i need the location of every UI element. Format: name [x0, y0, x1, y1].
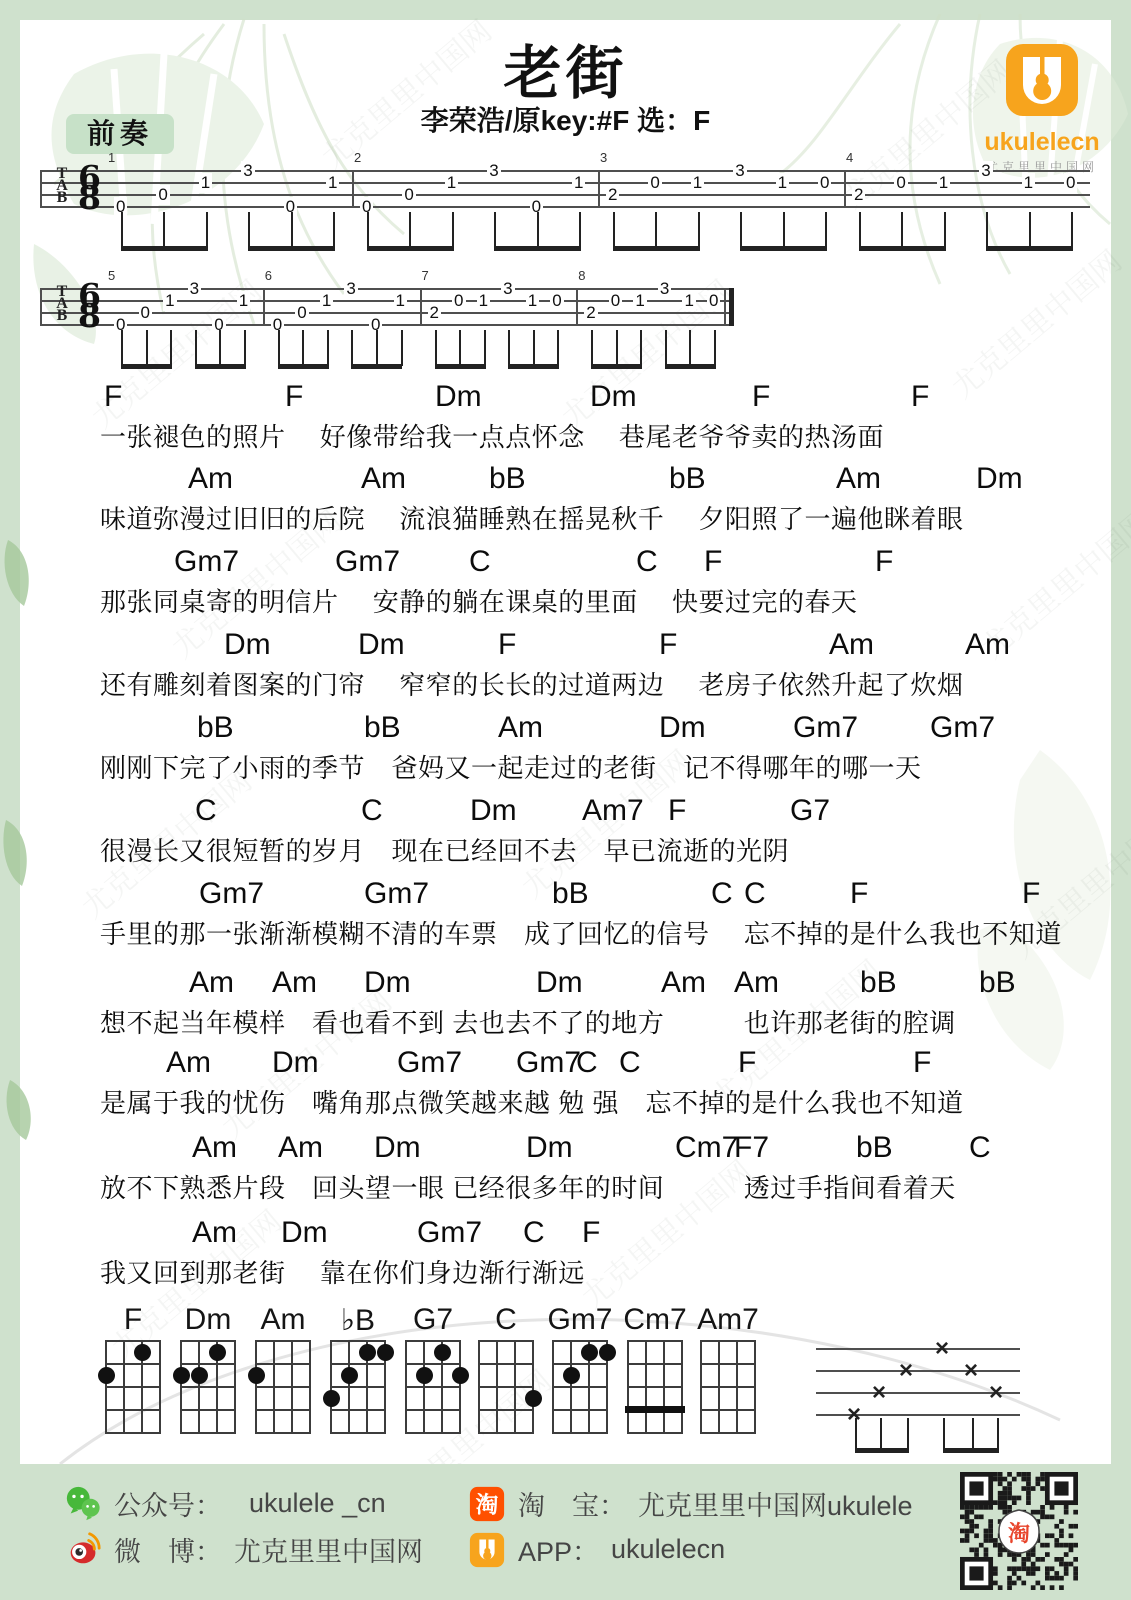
chord-label-C: C	[195, 794, 217, 828]
tab-note-fret: 3	[487, 161, 500, 181]
tab-note-fret: 1	[163, 291, 176, 311]
strum-x-mark: ×	[847, 1403, 861, 1427]
note-stem	[459, 330, 461, 366]
chord-label-F: F	[850, 877, 868, 911]
diagram-fret-line	[330, 1409, 386, 1411]
strum-stem	[972, 1418, 974, 1450]
diagram-fret-line	[255, 1340, 311, 1342]
diagram-fret-line	[105, 1432, 161, 1434]
tab-note-fret: 1	[572, 173, 585, 193]
chord-label-bB: bB	[364, 711, 401, 745]
app-icon	[468, 1531, 506, 1569]
chord-label-F: F	[911, 380, 929, 414]
note-stem	[901, 212, 903, 248]
note-stem	[537, 212, 539, 248]
diagram-fret-line	[330, 1340, 386, 1342]
tab-note-fret: 0	[609, 291, 622, 311]
diagram-fret-line	[627, 1363, 683, 1365]
site-logo[interactable]: ukulelecn 尤克里里中国网	[952, 42, 1131, 175]
barre-bar	[625, 1406, 685, 1413]
strum-x-mark: ×	[964, 1359, 978, 1383]
diagram-fret-line	[627, 1432, 683, 1434]
chord-label-Gm7: Gm7	[793, 711, 858, 745]
tab-note-fret: 1	[326, 173, 339, 193]
chord-label-Dm: Dm	[526, 1131, 573, 1165]
note-stem	[484, 330, 486, 366]
chord-label-Am7: Am7	[582, 794, 644, 828]
note-stem	[591, 330, 593, 366]
footer-weibo-value: 尤克里里中国网	[234, 1530, 423, 1569]
strum-stem	[855, 1418, 857, 1450]
strum-stem	[997, 1418, 999, 1450]
diagram-fret-line	[405, 1409, 461, 1411]
beam	[278, 364, 329, 369]
chord-diagram-label-Am: Am	[243, 1303, 323, 1337]
chord-label-F: F	[913, 1046, 931, 1080]
chord-label-Am: Am	[498, 711, 543, 745]
lyric-line: 一张褪色的照片 好像带给我一点点怀念 巷尾老爷爷卖的热汤面	[100, 417, 884, 454]
diagram-fret-line	[700, 1432, 756, 1434]
tab-note-fret: 1	[682, 291, 695, 311]
taobao-icon: 淘	[468, 1485, 506, 1523]
note-stem	[367, 212, 369, 248]
chord-label-Dm: Dm	[272, 1046, 319, 1080]
staff-start-bar	[40, 170, 42, 208]
diagram-fret-line	[700, 1409, 756, 1411]
staff-line	[40, 288, 733, 290]
beam	[121, 246, 208, 251]
measure-number: 5	[108, 268, 115, 283]
chord-label-F: F	[1022, 877, 1040, 911]
finger-dot	[434, 1344, 451, 1361]
note-stem	[494, 212, 496, 248]
beam	[859, 246, 946, 251]
diagram-fret-line	[180, 1409, 236, 1411]
lyric-line: 那张同桌寄的明信片 安静的躺在课桌的里面 快要过完的春天	[100, 582, 857, 619]
chord-label-Am: Am	[361, 462, 406, 496]
chord-label-Am: Am	[272, 966, 317, 1000]
chord-label-Dm: Dm	[470, 794, 517, 828]
tab-note-fret: 0	[452, 291, 465, 311]
note-stem	[640, 330, 642, 366]
chord-label-C: C	[361, 794, 383, 828]
finger-dot	[191, 1367, 208, 1384]
wechat-icon	[64, 1485, 102, 1523]
chord-label-F: F	[104, 380, 122, 414]
chord-diagram-label-C: C	[466, 1303, 546, 1337]
measure-number: 2	[354, 150, 361, 165]
note-stem	[533, 330, 535, 366]
finger-dot	[581, 1344, 598, 1361]
chord-label-F: F	[285, 380, 303, 414]
tab-note-fret: 1	[394, 291, 407, 311]
chord-diagram-label-G7: G7	[393, 1303, 473, 1337]
diagram-fret-line	[627, 1386, 683, 1388]
footer-weibo[interactable]: 微 博：尤克里里中国网	[64, 1530, 423, 1569]
strum-stem	[907, 1418, 909, 1450]
chord-label-bB: bB	[856, 1131, 893, 1165]
final-barline-thin	[724, 288, 726, 326]
note-stem	[163, 212, 165, 248]
chord-label-Dm: Dm	[224, 628, 271, 662]
chord-label-Am: Am	[965, 628, 1010, 662]
diagram-fret-line	[255, 1432, 311, 1434]
chord-label-F: F	[498, 628, 516, 662]
note-stem	[579, 212, 581, 248]
note-stem	[333, 212, 335, 248]
note-stem	[714, 330, 716, 366]
finger-dot	[525, 1390, 542, 1407]
measure-number: 4	[846, 150, 853, 165]
diagram-fret-line	[478, 1432, 534, 1434]
diagram-fret-line	[552, 1432, 608, 1434]
beam	[248, 246, 335, 251]
finger-dot	[359, 1344, 376, 1361]
strum-beam	[943, 1448, 999, 1453]
chord-label-Am: Am	[192, 1216, 237, 1250]
chord-label-Gm7: Gm7	[417, 1216, 482, 1250]
lyric-line: 是属于我的忧伤 嘴角那点微笑越来越 勉 强 忘不掉的是什么我也不知道	[100, 1083, 963, 1120]
diagram-fret-line	[478, 1386, 534, 1388]
chord-label-C: C	[744, 877, 766, 911]
lyric-line: 放不下熟悉片段 回头望一眼 已经很多年的时间 透过手指间看着天	[100, 1168, 956, 1205]
chord-label-Dm: Dm	[281, 1216, 328, 1250]
tab-note-fret: 0	[818, 173, 831, 193]
note-stem	[302, 330, 304, 366]
note-stem	[944, 212, 946, 248]
chord-label-G7: G7	[790, 794, 830, 828]
chord-label-bB: bB	[552, 877, 589, 911]
chord-label-F7: F7	[734, 1131, 769, 1165]
note-stem	[278, 330, 280, 366]
note-stem	[401, 330, 403, 366]
strum-string-line	[816, 1348, 1020, 1350]
staff-line	[40, 194, 1090, 196]
note-stem	[206, 212, 208, 248]
note-stem	[557, 330, 559, 366]
footer-taobao-label: 淘 宝：	[518, 1484, 626, 1523]
diagram-fret-line	[405, 1340, 461, 1342]
chord-label-C: C	[619, 1046, 641, 1080]
strum-x-mark: ×	[899, 1359, 913, 1383]
diagram-fret-line	[552, 1340, 608, 1342]
chord-label-Gm7: Gm7	[364, 877, 429, 911]
final-barline-thick	[729, 288, 734, 326]
measure-number: 3	[600, 150, 607, 165]
chord-label-Cm7: Cm7	[675, 1131, 738, 1165]
footer-bar: 公众号： ukulele _cn 微 博：尤克里里中国网 淘 淘 宝：尤克里里中…	[0, 1464, 1131, 1600]
footer-app-value: ukulelecn	[611, 1534, 725, 1565]
beam	[613, 246, 700, 251]
diagram-fret-line	[105, 1363, 161, 1365]
note-stem	[613, 212, 615, 248]
chord-diagram-label-Cm7: Cm7	[615, 1303, 695, 1337]
tab-note-fret: 2	[852, 185, 865, 205]
note-stem	[327, 330, 329, 366]
note-stem	[655, 212, 657, 248]
note-stem	[783, 212, 785, 248]
finger-dot	[134, 1344, 151, 1361]
finger-dot	[173, 1367, 190, 1384]
ukulele-u-icon	[1004, 42, 1080, 118]
tab-note-fret: 2	[584, 303, 597, 323]
finger-dot	[323, 1390, 340, 1407]
barline	[844, 170, 846, 208]
note-stem	[146, 330, 148, 366]
chord-label-C: C	[711, 877, 733, 911]
diagram-fret-line	[105, 1409, 161, 1411]
beam	[986, 246, 1073, 251]
note-stem	[986, 212, 988, 248]
chord-label-C: C	[636, 545, 658, 579]
tab-note-fret: 2	[428, 303, 441, 323]
finger-dot	[209, 1344, 226, 1361]
beam	[367, 246, 454, 251]
beam	[591, 364, 642, 369]
note-stem	[195, 330, 197, 366]
beam	[351, 364, 402, 369]
qr-code-svg: 淘	[960, 1472, 1078, 1590]
tab-note-fret: 1	[526, 291, 539, 311]
finger-dot	[377, 1344, 394, 1361]
chord-label-F: F	[704, 545, 722, 579]
tab-note-fret: 0	[1064, 173, 1077, 193]
strum-x-mark: ×	[872, 1381, 886, 1405]
diagram-fret-line	[105, 1386, 161, 1388]
strum-string-line	[816, 1370, 1020, 1372]
lyric-line: 还有雕刻着图案的门帘 窄窄的长长的过道两边 老房子依然升起了炊烟	[100, 665, 963, 702]
footer-taobao-value: 尤克里里中国网ukulele	[638, 1484, 913, 1523]
tab-note-fret: 0	[139, 303, 152, 323]
chord-label-Dm: Dm	[435, 380, 482, 414]
note-stem	[219, 330, 221, 366]
tab-note-fret: 1	[691, 173, 704, 193]
barline	[576, 288, 578, 326]
chord-label-F: F	[752, 380, 770, 414]
taobao-qr-code[interactable]: 淘	[960, 1472, 1078, 1590]
chord-label-bB: bB	[979, 966, 1016, 1000]
beam	[195, 364, 246, 369]
diagram-fret-line	[627, 1340, 683, 1342]
chord-diagram-label-Am7: Am7	[688, 1303, 768, 1337]
chord-label-Dm: Dm	[358, 628, 405, 662]
chord-label-C: C	[523, 1216, 545, 1250]
chord-sheet-page: 尤克里里中国网尤克里里中国网尤克里里中国网尤克里里中国网尤克里里中国网尤克里里中…	[0, 0, 1131, 1600]
chord-label-Am: Am	[278, 1131, 323, 1165]
note-stem	[248, 212, 250, 248]
tab-note-fret: 0	[550, 291, 563, 311]
finger-dot	[416, 1367, 433, 1384]
chord-diagram-label-Gm7: Gm7	[540, 1303, 620, 1337]
beam	[121, 364, 172, 369]
diagram-fret-line	[330, 1363, 386, 1365]
note-stem	[435, 330, 437, 366]
diagram-fret-line	[255, 1363, 311, 1365]
diagram-fret-line	[180, 1363, 236, 1365]
svg-text:淘: 淘	[1008, 1521, 1030, 1546]
footer-app[interactable]: APP：ukulelecn	[468, 1530, 725, 1569]
beam	[508, 364, 559, 369]
chord-label-F: F	[668, 794, 686, 828]
note-stem	[170, 330, 172, 366]
tab-clef-letter: B	[54, 191, 70, 205]
note-stem	[351, 330, 353, 366]
chord-label-Dm: Dm	[659, 711, 706, 745]
tab-note-fret: 0	[894, 173, 907, 193]
tab-note-fret: 1	[199, 173, 212, 193]
chord-diagram-label-bB: ♭B	[318, 1303, 398, 1338]
chord-label-Dm: Dm	[536, 966, 583, 1000]
chord-label-bB: bB	[489, 462, 526, 496]
diagram-fret-line	[552, 1386, 608, 1388]
tab-note-fret: 2	[606, 185, 619, 205]
note-stem	[1029, 212, 1031, 248]
diagram-fret-line	[405, 1386, 461, 1388]
diagram-fret-line	[552, 1363, 608, 1365]
measure-number: 1	[108, 150, 115, 165]
measure-number: 8	[578, 268, 585, 283]
measure-number: 7	[422, 268, 429, 283]
tab-note-fret: 3	[979, 161, 992, 181]
chord-diagram-label-F: F	[93, 1303, 173, 1337]
diagram-fret-line	[700, 1340, 756, 1342]
chord-label-Am: Am	[661, 966, 706, 1000]
strum-stem	[880, 1418, 882, 1450]
note-stem	[291, 212, 293, 248]
note-stem	[452, 212, 454, 248]
footer-weibo-label: 微 博：	[114, 1530, 222, 1569]
tab-note-fret: 3	[344, 279, 357, 299]
tab-note-fret: 0	[707, 291, 720, 311]
note-stem	[121, 330, 123, 366]
chord-label-Am: Am	[192, 1131, 237, 1165]
diagram-fret-line	[478, 1409, 534, 1411]
chord-label-F: F	[738, 1046, 756, 1080]
beam	[665, 364, 716, 369]
finger-dot	[98, 1367, 115, 1384]
strum-stem	[943, 1418, 945, 1450]
diagram-fret-line	[700, 1363, 756, 1365]
staff-line	[40, 206, 1090, 208]
chord-label-Gm7: Gm7	[335, 545, 400, 579]
tab-note-fret: 1	[320, 291, 333, 311]
chord-label-C: C	[469, 545, 491, 579]
tab-note-fret: 0	[156, 185, 169, 205]
tab-note-fret: 3	[733, 161, 746, 181]
diagram-fret-line	[552, 1409, 608, 1411]
chord-label-bB: bB	[669, 462, 706, 496]
tab-note-fret: 0	[402, 185, 415, 205]
tab-note-fret: 1	[237, 291, 250, 311]
section-label-intro: 前奏	[66, 114, 174, 154]
chord-label-Gm7: Gm7	[199, 877, 264, 911]
diagram-fret-line	[180, 1386, 236, 1388]
svg-text:淘: 淘	[476, 1491, 499, 1517]
tab-note-fret: 1	[776, 173, 789, 193]
chord-label-Am: Am	[734, 966, 779, 1000]
finger-dot	[248, 1367, 265, 1384]
chord-label-Am: Am	[829, 628, 874, 662]
sheet-content: 老街 李荣浩/原key:#F 选：F ukulelecn 尤克里里中国网 前奏 …	[0, 0, 1131, 1600]
note-stem	[409, 212, 411, 248]
diagram-fret-line	[330, 1386, 386, 1388]
tab-note-fret: 1	[633, 291, 646, 311]
staff-line	[40, 170, 1090, 172]
chord-label-Dm: Dm	[590, 380, 637, 414]
note-stem	[740, 212, 742, 248]
finger-dot	[563, 1367, 580, 1384]
chord-label-F: F	[875, 545, 893, 579]
note-stem	[689, 330, 691, 366]
footer-wechat[interactable]: 公众号： ukulele _cn	[64, 1484, 386, 1523]
strum-beam	[855, 1448, 909, 1453]
tab-note-fret: 3	[658, 279, 671, 299]
staff-start-bar	[40, 288, 42, 326]
beam	[435, 364, 486, 369]
note-stem	[1071, 212, 1073, 248]
chord-label-C: C	[969, 1131, 991, 1165]
chord-diagram-label-Dm: Dm	[168, 1303, 248, 1337]
tab-note-fret: 3	[501, 279, 514, 299]
diagram-fret-line	[180, 1432, 236, 1434]
finger-dot	[341, 1367, 358, 1384]
chord-label-F: F	[659, 628, 677, 662]
note-stem	[665, 330, 667, 366]
time-signature-bottom: 8	[78, 303, 101, 329]
note-stem	[376, 330, 378, 366]
diagram-fret-line	[478, 1363, 534, 1365]
tab-note-fret: 3	[188, 279, 201, 299]
diagram-fret-line	[255, 1386, 311, 1388]
barline	[420, 288, 422, 326]
chord-label-F: F	[582, 1216, 600, 1250]
footer-app-label: APP：	[518, 1530, 599, 1569]
chord-label-Gm7: Gm7	[397, 1046, 462, 1080]
beam	[494, 246, 581, 251]
chord-label-Am: Am	[166, 1046, 211, 1080]
strum-x-mark: ×	[989, 1381, 1003, 1405]
note-stem	[616, 330, 618, 366]
chord-label-Am: Am	[836, 462, 881, 496]
chord-label-C: C	[576, 1046, 598, 1080]
chord-label-bB: bB	[860, 966, 897, 1000]
chord-label-Gm7: Gm7	[174, 545, 239, 579]
staff-line	[40, 300, 733, 302]
footer-taobao[interactable]: 淘 淘 宝：尤克里里中国网ukulele	[468, 1484, 913, 1523]
barline	[352, 170, 354, 208]
chord-label-Dm: Dm	[374, 1131, 421, 1165]
strum-x-mark: ×	[935, 1337, 949, 1361]
tab-note-fret: 0	[648, 173, 661, 193]
tab-note-fret: 1	[445, 173, 458, 193]
note-stem	[244, 330, 246, 366]
note-stem	[121, 212, 123, 248]
note-stem	[859, 212, 861, 248]
diagram-fret-line	[478, 1340, 534, 1342]
diagram-fret-line	[405, 1432, 461, 1434]
tab-note-fret: 3	[241, 161, 254, 181]
chord-label-Gm7: Gm7	[930, 711, 995, 745]
barline	[263, 288, 265, 326]
note-stem	[825, 212, 827, 248]
diagram-fret-line	[405, 1363, 461, 1365]
chord-label-Am: Am	[188, 462, 233, 496]
lyric-line: 刚刚下完了小雨的季节 爸妈又一起走过的老街 记不得哪年的哪一天	[100, 748, 922, 785]
lyric-line: 味道弥漫过旧旧的后院 流浪猫睡熟在摇晃秋千 夕阳照了一遍他眯着眼	[100, 499, 963, 536]
chord-label-Am: Am	[189, 966, 234, 1000]
tab-note-fret: 0	[295, 303, 308, 323]
chord-label-bB: bB	[197, 711, 234, 745]
